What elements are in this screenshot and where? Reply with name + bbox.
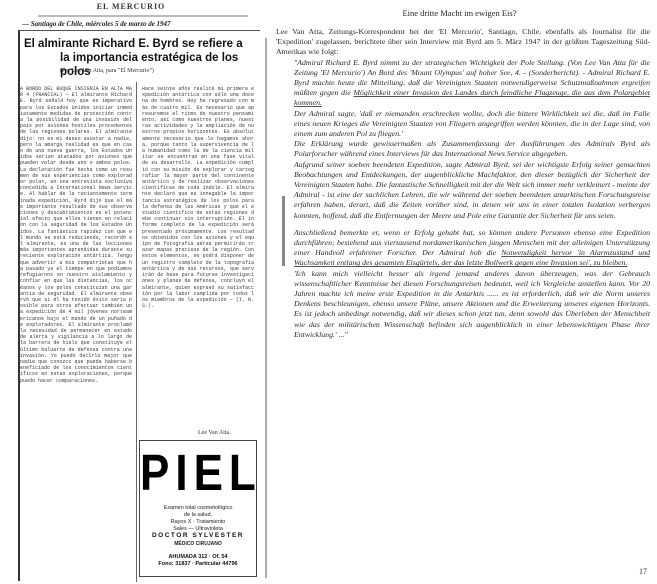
- masthead-rule: [38, 15, 248, 17]
- ad-description: Examen total cosmetológico de la salud. …: [144, 505, 252, 533]
- quote-text: Aufgrund seiner soeben beendeten Expedit…: [294, 160, 650, 220]
- ad-line: de la salud.: [144, 512, 252, 519]
- quote-text: 'Ich kann mich vielleicht besser als irg…: [294, 269, 650, 339]
- article-signature: Lee Van Atta.: [198, 430, 231, 436]
- intro-paragraph: Lee Van Atta, Zeitungs-Korrespondent bei…: [276, 27, 650, 58]
- column-divider: [136, 82, 137, 582]
- newspaper-dateline: — Santiago de Chile, miércoles 5 de marz…: [22, 20, 262, 28]
- page-edge-line: [265, 38, 267, 578]
- quote-paragraph: Die Erklärung wurde gewissermaßen als Zu…: [276, 139, 650, 159]
- quote-paragraph: 'Ich kann mich vielleicht besser als irg…: [276, 269, 650, 340]
- headline-line-1: El almirante Richard E. Byrd se refiere …: [24, 38, 243, 50]
- quote-text: Die Erklärung wurde gewissermaßen als Zu…: [294, 139, 650, 158]
- newspaper-clipping: EL MERCURIO — Santiago de Chile, miércol…: [0, 0, 262, 584]
- ad-title: PIEL: [140, 445, 256, 503]
- quote-paragraph: Aufgrund seiner soeben beendeten Expedit…: [276, 160, 650, 221]
- ad-line: Rayos X · Tratamiento: [144, 519, 252, 526]
- quote-paragraph: "Admiral Richard E. Byrd nimmt zu der st…: [276, 58, 650, 109]
- page-title: Eine dritte Macht im ewigen Eis?: [262, 8, 657, 18]
- page-body: Lee Van Atta, Zeitungs-Korrespondent bei…: [276, 27, 650, 340]
- article-column-1: A BORDO DEL BUQUE INSIGNIA EN ALTA MAR 4…: [20, 86, 132, 580]
- advertisement-box: PIEL Examen total cosmetológico de la sa…: [139, 440, 257, 577]
- ad-subtitle: MÉDICO CIRUJANO: [144, 541, 252, 547]
- ad-phone: Fono: 31837 · Particular 44796: [144, 561, 252, 568]
- quote-text: Der Admiral sagte, 'daß er niemanden ers…: [294, 109, 650, 138]
- book-page: Eine dritte Macht im ewigen Eis? Lee Van…: [262, 0, 657, 584]
- quote-paragraph: Der Admiral sagte, 'daß er niemanden ers…: [276, 109, 650, 140]
- article-column-2: Hace veinte años realicé mi primera expe…: [142, 86, 254, 436]
- page-number: 17: [639, 567, 647, 576]
- ad-address: AHUMADA 312 · Of. 54: [144, 554, 252, 561]
- ad-contact: AHUMADA 312 · Of. 54 Fono: 31837 · Parti…: [144, 554, 252, 568]
- ad-doctor-name: DOCTOR SYLVESTER: [144, 532, 252, 539]
- ad-line: Examen total cosmetológico: [144, 505, 252, 512]
- newspaper-byline: (Por Lee Van Atta, para "El Mercurio"): [60, 68, 154, 74]
- newspaper-masthead: EL MERCURIO: [0, 2, 262, 11]
- headline-line-2: la importancia estratégica de los polos: [24, 51, 260, 79]
- quote-paragraph: Anschließend bemerkte er, wenn er Erfolg…: [276, 228, 650, 269]
